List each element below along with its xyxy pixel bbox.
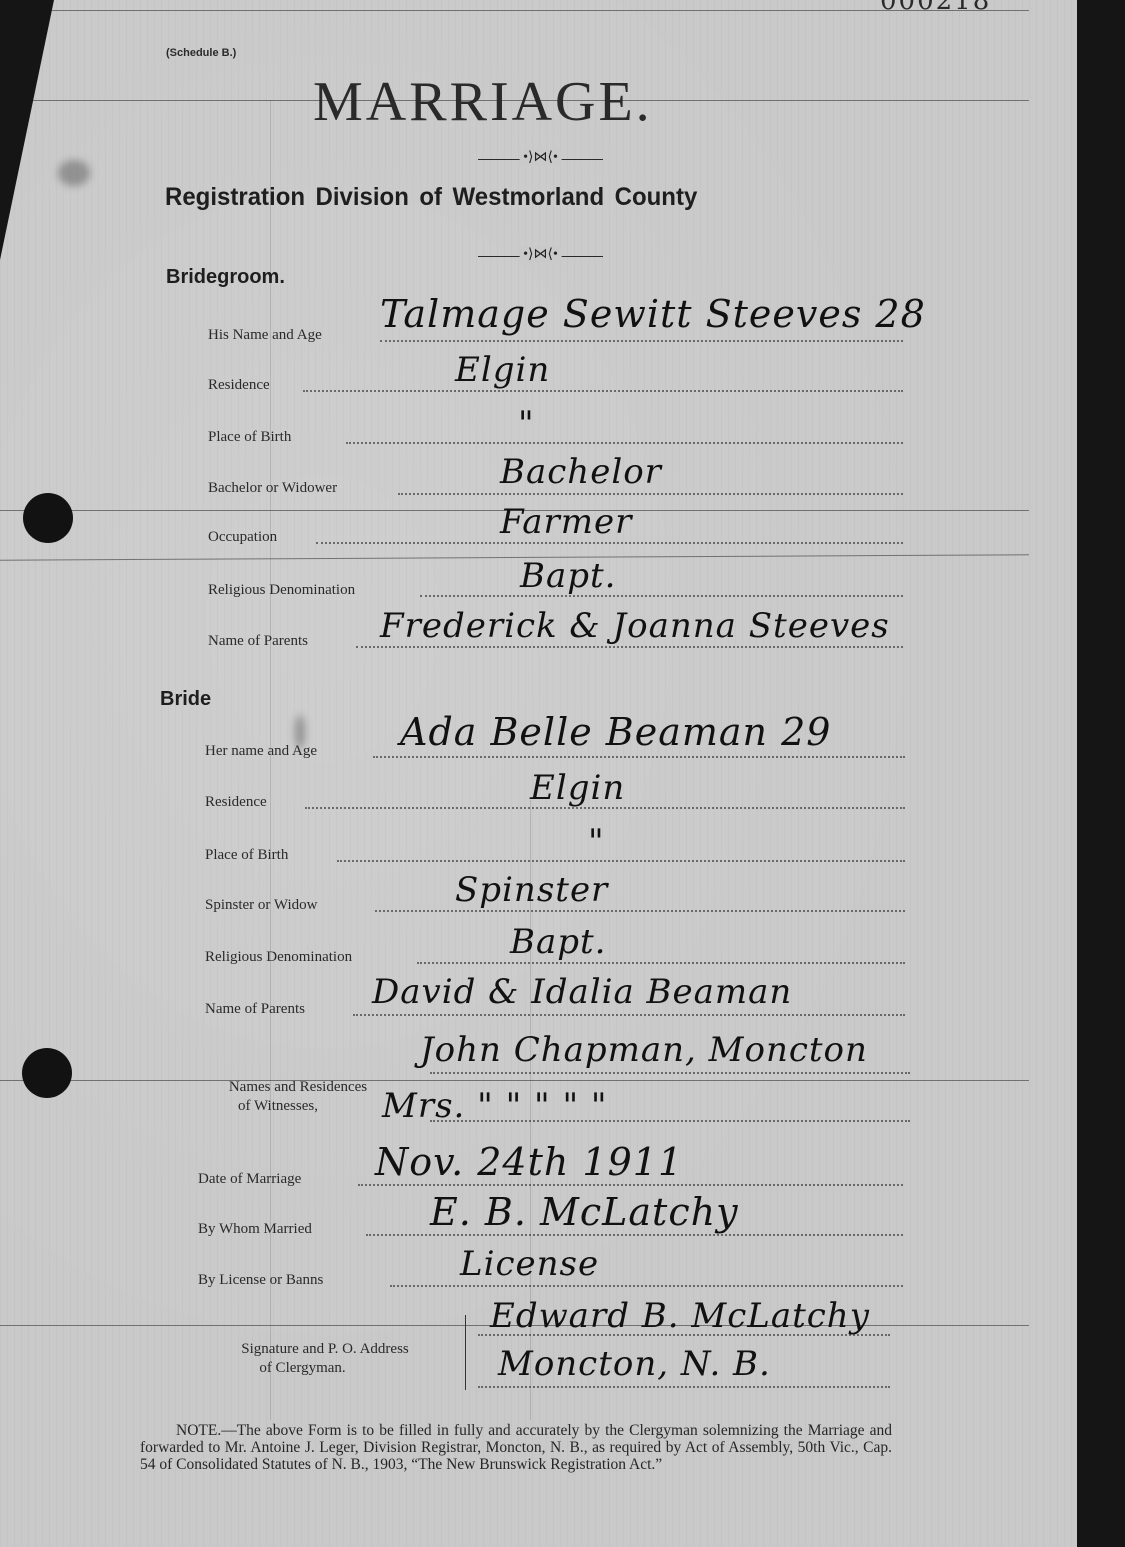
groom-parents-value: Frederick & Joanna Steeves [380,606,890,646]
bride-birthplace-value: " [588,822,605,862]
bride-name-age-value: Ada Belle Beaman 29 [400,710,831,754]
clergyman-address-value: Moncton, N. B. [498,1344,771,1384]
witness-2-value: Mrs. " " " " " [382,1086,608,1126]
punch-hole [22,1048,72,1098]
bracket [465,1315,466,1390]
bride-parents-value: David & Idalia Beaman [372,972,792,1012]
groom-residence-field: Residence [208,368,903,398]
ornament-divider: •⟩⋈⟨• [478,154,603,166]
bridegroom-heading: Bridegroom. [166,266,285,289]
groom-occupation-value: Farmer [500,502,632,542]
form-note: NOTE.—The above Form is to be filled in … [140,1422,892,1473]
schedule-label: (Schedule B.) [166,47,236,59]
groom-religion-value: Bapt. [520,556,617,596]
registration-division: Registration Division of Westmorland Cou… [165,183,697,212]
page-title: MARRIAGE. [313,70,653,134]
bride-residence-value: Elgin [530,768,625,808]
punch-hole [23,493,73,543]
witness-1-value: John Chapman, Moncton [420,1030,868,1070]
bride-religion-value: Bapt. [510,922,607,962]
reference-number: 000218 [880,0,991,16]
witnesses-label: Names and Residences of Witnesses, [198,1078,398,1116]
clergyman-label: Signature and P. O. Address of Clergyman… [190,1340,460,1378]
officiant-value: E. B. McLatchy [430,1190,739,1234]
groom-residence-value: Elgin [455,350,550,390]
groom-name-age-value: Talmage Sewitt Steeves 28 [380,292,926,336]
license-or-banns-value: License [460,1244,599,1284]
fold-line [0,1080,1029,1081]
smudge [58,160,90,186]
bride-birthplace-field: Place of Birth [205,838,905,868]
bride-heading: Bride [160,688,211,711]
groom-birthplace-field: Place of Birth [208,420,903,450]
bride-marital-status-value: Spinster [455,870,608,910]
fold-line [0,554,1029,560]
groom-marital-status-value: Bachelor [500,452,662,492]
date-of-marriage-value: Nov. 24th 1911 [375,1140,683,1184]
clergyman-signature-value: Edward B. McLatchy [490,1296,870,1336]
ornament-divider: •⟩⋈⟨• [478,251,603,263]
groom-birthplace-value: " [518,404,535,444]
fold-line [0,10,1029,11]
